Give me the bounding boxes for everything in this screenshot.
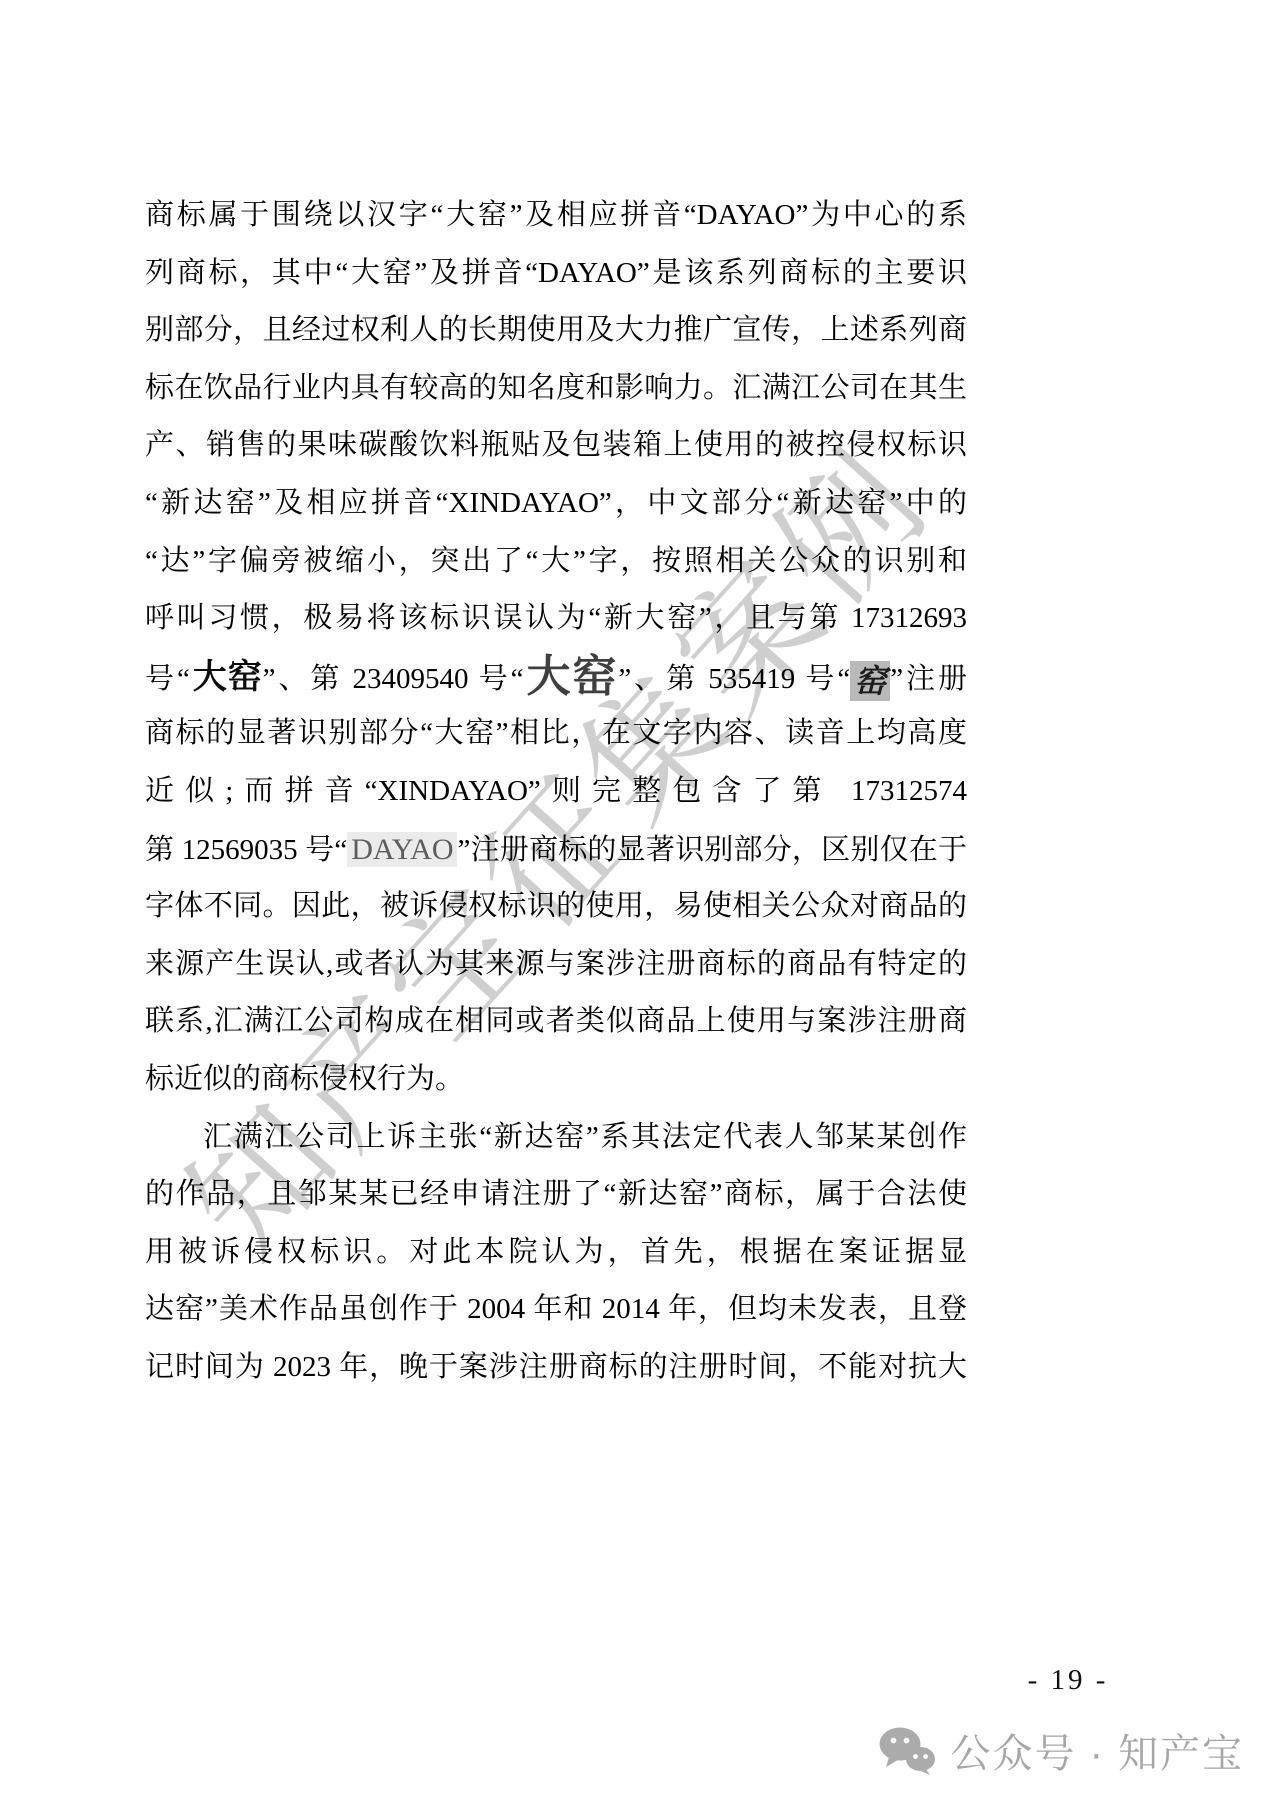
text-line: “新达窑”及相应拼音“XINDAYAO”，中文部分“新达窑”中的 (145, 475, 967, 533)
text-line: 标近似的商标侵权行为。 (145, 1051, 967, 1109)
text-line: 列商标，其中“大窑”及拼音“DAYAO”是该系列商标的主要识 (145, 245, 967, 303)
text-line: 来源产生误认,或者认为其来源与案涉注册商标的商品有特定的 (145, 936, 967, 994)
text-line-with-trademarks: 近似;而拼音“XINDAYAO”则完整包含了第 17312574 号“DAYAO… (145, 763, 967, 821)
footer-label: 公众号 · 知产宝 (950, 1722, 1244, 1779)
text-line-with-trademarks: 第 12569035 号“DAYAO”注册商标的显著识别部分，区别仅在于 (145, 821, 967, 879)
text-line: 商标的显著识别部分“大窑”相比，在文字内容、读音上均高度 (145, 705, 967, 763)
text-segment: ”、第 23409540 号“ (263, 663, 524, 695)
text-line: 标在饮品行业内具有较高的知名度和影响力。汇满江公司在其生 (145, 360, 967, 418)
wechat-icon (878, 1726, 936, 1776)
text-line: 的作品，且邹某某已经申请注册了“新达窑”商标，属于合法使 (145, 1166, 967, 1224)
text-line: 记时间为 2023 年，晚于案涉注册商标的注册时间，不能对抗大 (145, 1339, 967, 1397)
footer-branding: 公众号 · 知产宝 (878, 1722, 1244, 1779)
trademark-logo-dayao-cn-large: 大窑 (524, 652, 619, 701)
text-line: 呼叫习惯，极易将该标识误认为“新大窑”，且与第 17312693 (145, 590, 967, 648)
text-segment: ”、第 535419 号“ (618, 663, 850, 695)
text-line: 产、销售的果味碳酸饮料瓶贴及包装箱上使用的被控侵权标识 (145, 417, 967, 475)
trademark-logo-dayao-pinyin-gray: DAYAO (347, 832, 457, 867)
trademark-logo-dayao-cn-bold: 大窑 (190, 658, 263, 696)
text-segment: 近似;而拼音“XINDAYAO”则完整包含了第 17312574 号“ (145, 775, 967, 821)
text-line: 联系,汇满江公司构成在相同或者类似商品上使用与案涉注册商 (145, 993, 967, 1051)
text-line: 汇满江公司上诉主张“新达窑”系其法定代表人邹某某创作 (145, 1109, 967, 1167)
text-segment: 第 12569035 号“ (145, 834, 347, 866)
text-line: 达窑”美术作品虽创作于 2004 年和 2014 年，但均未发表，且登 (145, 1281, 967, 1339)
text-line: 用被诉侵权标识。对此本院认为，首先，根据在案证据显示，“新 (145, 1224, 967, 1282)
text-line: “达”字偏旁被缩小，突出了“大”字，按照相关公众的识别和 (145, 533, 967, 591)
judgment-text-block: 商标属于围绕以汉字“大窑”及相应拼音“DAYAO”为中心的系 列商标，其中“大窑… (145, 187, 967, 1396)
text-line: 商标属于围绕以汉字“大窑”及相应拼音“DAYAO”为中心的系 (145, 187, 967, 245)
page-number: - 19 - (1008, 1664, 1128, 1697)
text-line: 字体不同。因此，被诉侵权标识的使用，易使相关公众对商品的 (145, 878, 967, 936)
text-segment: ”注册 (890, 663, 967, 695)
trademark-logo-yao-seal: 窑 (850, 661, 890, 701)
text-line-with-trademarks: 号“大窑”、第 23409540 号“大窑”、第 535419 号“窑”注册 (145, 648, 967, 706)
text-line: 别部分，且经过权利人的长期使用及大力推广宣传，上述系列商 (145, 302, 967, 360)
text-segment: ”注册商标的显著识别部分，区别仅在于 (457, 834, 967, 866)
document-page: 知产宝征集案例 商标属于围绕以汉字“大窑”及相应拼音“DAYAO”为中心的系 列… (0, 0, 1280, 1810)
text-segment: 号“ (145, 663, 190, 695)
